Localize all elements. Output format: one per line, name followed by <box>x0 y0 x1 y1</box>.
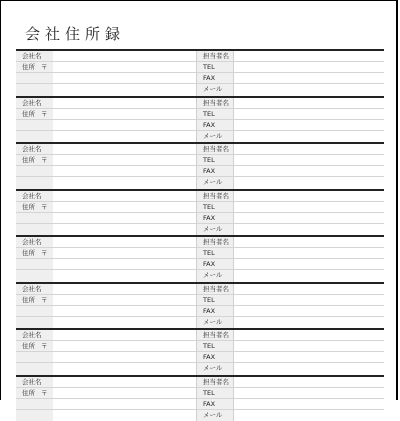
mail-label: メール <box>196 84 234 95</box>
company-name-label: 会社名 <box>16 284 53 294</box>
fax-label: FAX <box>196 120 234 130</box>
contact-name-label: 担当者名 <box>196 237 234 247</box>
tel-label: TEL <box>196 155 234 165</box>
row-address-2[interactable]: FAX <box>16 120 384 131</box>
postal-mark-icon: 〒 <box>41 203 48 211</box>
company-name-label: 会社名 <box>16 237 53 247</box>
row-address-2[interactable]: FAX <box>16 213 384 224</box>
address-label: 住所〒 <box>16 62 53 72</box>
contact-name-label: 担当者名 <box>196 330 234 340</box>
row-address-2[interactable]: FAX <box>16 352 384 363</box>
postal-mark-icon: 〒 <box>41 63 48 71</box>
company-name-label: 会社名 <box>16 51 53 61</box>
company-name-label: 会社名 <box>16 98 53 108</box>
row-address-3[interactable]: メール <box>16 177 384 188</box>
row-address[interactable]: 住所〒 TEL <box>16 109 384 120</box>
row-address[interactable]: 住所〒 TEL <box>16 62 384 73</box>
postal-mark-icon: 〒 <box>41 156 48 164</box>
row-company[interactable]: 会社名 担当者名 <box>16 330 384 341</box>
address-label: 住所〒 <box>16 202 53 212</box>
company-entry: 会社名 担当者名 住所〒 TEL FAX メール <box>16 375 384 401</box>
company-name-label: 会社名 <box>16 144 53 154</box>
mail-label: メール <box>196 177 234 188</box>
row-company[interactable]: 会社名 担当者名 <box>16 284 384 295</box>
address-label: 住所〒 <box>16 248 53 258</box>
tel-label: TEL <box>196 248 234 258</box>
mail-label: メール <box>196 131 234 142</box>
address-table: 会社名 担当者名 住所〒 TEL FAX メール 会社名 担当者名 住所〒 TE… <box>16 49 384 400</box>
row-address-3[interactable]: メール <box>16 317 384 328</box>
address-label: 住所〒 <box>16 341 53 351</box>
contact-name-label: 担当者名 <box>196 191 234 201</box>
fax-label: FAX <box>196 166 234 176</box>
mail-label: メール <box>196 317 234 328</box>
row-address-3[interactable]: メール <box>16 131 384 142</box>
address-label: 住所〒 <box>16 109 53 119</box>
row-company[interactable]: 会社名 担当者名 <box>16 377 384 388</box>
tel-label: TEL <box>196 202 234 212</box>
fax-label: FAX <box>196 352 234 362</box>
company-entry: 会社名 担当者名 住所〒 TEL FAX メール <box>16 328 384 375</box>
row-address-3[interactable]: メール <box>16 270 384 281</box>
company-entry: 会社名 担当者名 住所〒 TEL FAX メール <box>16 235 384 282</box>
mail-label: メール <box>196 224 234 235</box>
row-company[interactable]: 会社名 担当者名 <box>16 144 384 155</box>
company-entry: 会社名 担当者名 住所〒 TEL FAX メール <box>16 142 384 189</box>
row-address[interactable]: 住所〒 TEL <box>16 295 384 306</box>
row-address-3[interactable]: メール <box>16 84 384 95</box>
row-address-3[interactable]: メール <box>16 363 384 374</box>
postal-mark-icon: 〒 <box>41 249 48 257</box>
row-address[interactable]: 住所〒 TEL <box>16 341 384 352</box>
mail-label: メール <box>196 270 234 281</box>
row-address-2[interactable]: FAX <box>16 73 384 84</box>
contact-name-label: 担当者名 <box>196 144 234 154</box>
company-entry: 会社名 担当者名 住所〒 TEL FAX メール <box>16 96 384 143</box>
contact-name-label: 担当者名 <box>196 98 234 108</box>
row-address[interactable]: 住所〒 TEL <box>16 155 384 166</box>
postal-mark-icon: 〒 <box>41 389 48 397</box>
contact-name-label: 担当者名 <box>196 284 234 294</box>
row-company[interactable]: 会社名 担当者名 <box>16 191 384 202</box>
address-label: 住所〒 <box>16 388 53 398</box>
row-address-2[interactable]: FAX <box>16 306 384 317</box>
company-entry: 会社名 担当者名 住所〒 TEL FAX メール <box>16 282 384 329</box>
address-label: 住所〒 <box>16 295 53 305</box>
tel-label: TEL <box>196 295 234 305</box>
page-title: 会社住所録 <box>25 23 125 44</box>
company-name-label: 会社名 <box>16 377 53 387</box>
row-company[interactable]: 会社名 担当者名 <box>16 98 384 109</box>
address-book-page: 会社住所録 会社名 担当者名 住所〒 TEL FAX メール 会社名 担当者名 … <box>0 0 398 400</box>
postal-mark-icon: 〒 <box>41 296 48 304</box>
mail-label: メール <box>196 363 234 374</box>
row-address-2[interactable]: FAX <box>16 166 384 177</box>
row-address[interactable]: 住所〒 TEL <box>16 248 384 259</box>
contact-name-label: 担当者名 <box>196 51 234 61</box>
tel-label: TEL <box>196 388 234 398</box>
fax-label: FAX <box>196 73 234 83</box>
company-entry: 会社名 担当者名 住所〒 TEL FAX メール <box>16 49 384 96</box>
contact-name-label: 担当者名 <box>196 377 234 387</box>
fax-label: FAX <box>196 213 234 223</box>
fax-label: FAX <box>196 259 234 269</box>
tel-label: TEL <box>196 109 234 119</box>
row-address-2[interactable]: FAX <box>16 259 384 270</box>
row-address[interactable]: 住所〒 TEL <box>16 202 384 213</box>
postal-mark-icon: 〒 <box>41 342 48 350</box>
row-company[interactable]: 会社名 担当者名 <box>16 51 384 62</box>
tel-label: TEL <box>196 341 234 351</box>
address-label: 住所〒 <box>16 155 53 165</box>
company-name-label: 会社名 <box>16 330 53 340</box>
fax-label: FAX <box>196 306 234 316</box>
row-company[interactable]: 会社名 担当者名 <box>16 237 384 248</box>
company-name-label: 会社名 <box>16 191 53 201</box>
tel-label: TEL <box>196 62 234 72</box>
row-address-3[interactable]: メール <box>16 224 384 235</box>
postal-mark-icon: 〒 <box>41 110 48 118</box>
company-entry: 会社名 担当者名 住所〒 TEL FAX メール <box>16 189 384 236</box>
row-address[interactable]: 住所〒 TEL <box>16 388 384 399</box>
